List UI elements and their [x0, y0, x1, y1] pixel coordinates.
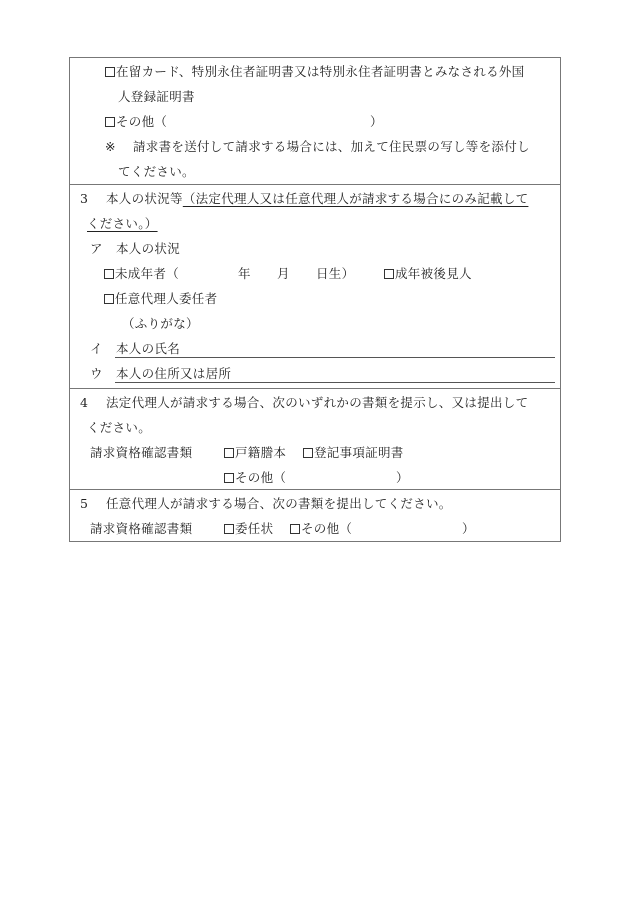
item-u-title: 本人の住所又は居所: [116, 366, 231, 382]
item-i-label: イ: [90, 341, 103, 357]
section3-instruction: （法定代理人又は任意代理人が請求する場合にのみ記載して: [183, 191, 529, 206]
checkbox-principal-delegate[interactable]: [104, 294, 114, 304]
section-divider: [70, 388, 560, 389]
section5-number: 5: [80, 496, 88, 512]
checkbox-adult-ward[interactable]: [384, 269, 394, 279]
checkbox-residence-card[interactable]: [105, 67, 115, 77]
checkbox-family-register[interactable]: [224, 448, 234, 458]
s5-other-close-paren: ）: [462, 521, 475, 537]
checkbox-power-of-attorney[interactable]: [224, 524, 234, 534]
section5-text-line1: 任意代理人が請求する場合、次の書類を提出してください。: [106, 496, 452, 512]
birth-day-label: 日生）: [316, 266, 354, 282]
furigana-label: （ふりがな）: [122, 316, 199, 332]
section3-number: 3: [80, 191, 88, 207]
section3-instruction-cont: ください。）: [87, 216, 158, 232]
principal-address-field[interactable]: [115, 382, 555, 383]
checkbox-row-principal[interactable]: 任意代理人委任者: [104, 291, 217, 307]
section4-number: 4: [80, 395, 88, 411]
checkbox-row-residence-card[interactable]: 在留カード、特別永住者証明書又は特別永住者証明書とみなされる外国: [105, 64, 524, 80]
checkbox-other[interactable]: [105, 117, 115, 127]
section4-text-line1: 法定代理人が請求する場合、次のいずれかの書類を提示し、又は提出して: [106, 395, 528, 411]
residence-card-label-cont: 人登録証明書: [118, 89, 195, 105]
checkbox-row-s4-other[interactable]: その他（: [224, 470, 286, 486]
checkbox-minor[interactable]: [104, 269, 114, 279]
section-divider: [70, 184, 560, 185]
checkbox-row-s5-other[interactable]: その他（: [290, 521, 352, 537]
checkbox-row-other[interactable]: その他（: [105, 114, 167, 130]
checkbox-row-minor[interactable]: 未成年者（: [104, 266, 179, 282]
checkbox-row-power-of-attorney[interactable]: 委任状: [224, 521, 273, 537]
s4-other-close-paren: ）: [396, 470, 409, 486]
other-close-paren: ）: [370, 114, 383, 130]
birth-month-label: 月: [277, 266, 290, 282]
section4-doc-label: 請求資格確認書類: [90, 445, 192, 461]
note-mark: ※: [105, 139, 116, 155]
section4-text-line2: ください。: [87, 420, 151, 436]
checkbox-row-registry-cert[interactable]: 登記事項証明書: [303, 445, 404, 461]
section-divider: [70, 489, 560, 490]
checkbox-registry-cert[interactable]: [303, 448, 313, 458]
section3-title: 本人の状況等: [106, 191, 183, 206]
checkbox-s4-other[interactable]: [224, 473, 234, 483]
item-a-label: ア: [90, 241, 103, 257]
birth-year-label: 年: [238, 266, 251, 282]
note-text-line2: てください。: [118, 164, 195, 180]
section3-heading: 本人の状況等（法定代理人又は任意代理人が請求する場合にのみ記載して: [106, 191, 528, 207]
checkbox-s5-other[interactable]: [290, 524, 300, 534]
checkbox-row-adult-ward[interactable]: 成年被後見人: [384, 266, 472, 282]
item-u-label: ウ: [90, 366, 103, 382]
principal-name-field[interactable]: [115, 357, 555, 358]
request-form-frame: 在留カード、特別永住者証明書又は特別永住者証明書とみなされる外国 人登録証明書 …: [69, 57, 561, 542]
section5-doc-label: 請求資格確認書類: [90, 521, 192, 537]
item-i-title: 本人の氏名: [116, 341, 180, 357]
item-a-title: 本人の状況: [116, 241, 180, 257]
note-text-line1: 請求書を送付して請求する場合には、加えて住民票の写し等を添付し: [133, 139, 530, 155]
checkbox-row-family-register[interactable]: 戸籍謄本: [224, 445, 286, 461]
